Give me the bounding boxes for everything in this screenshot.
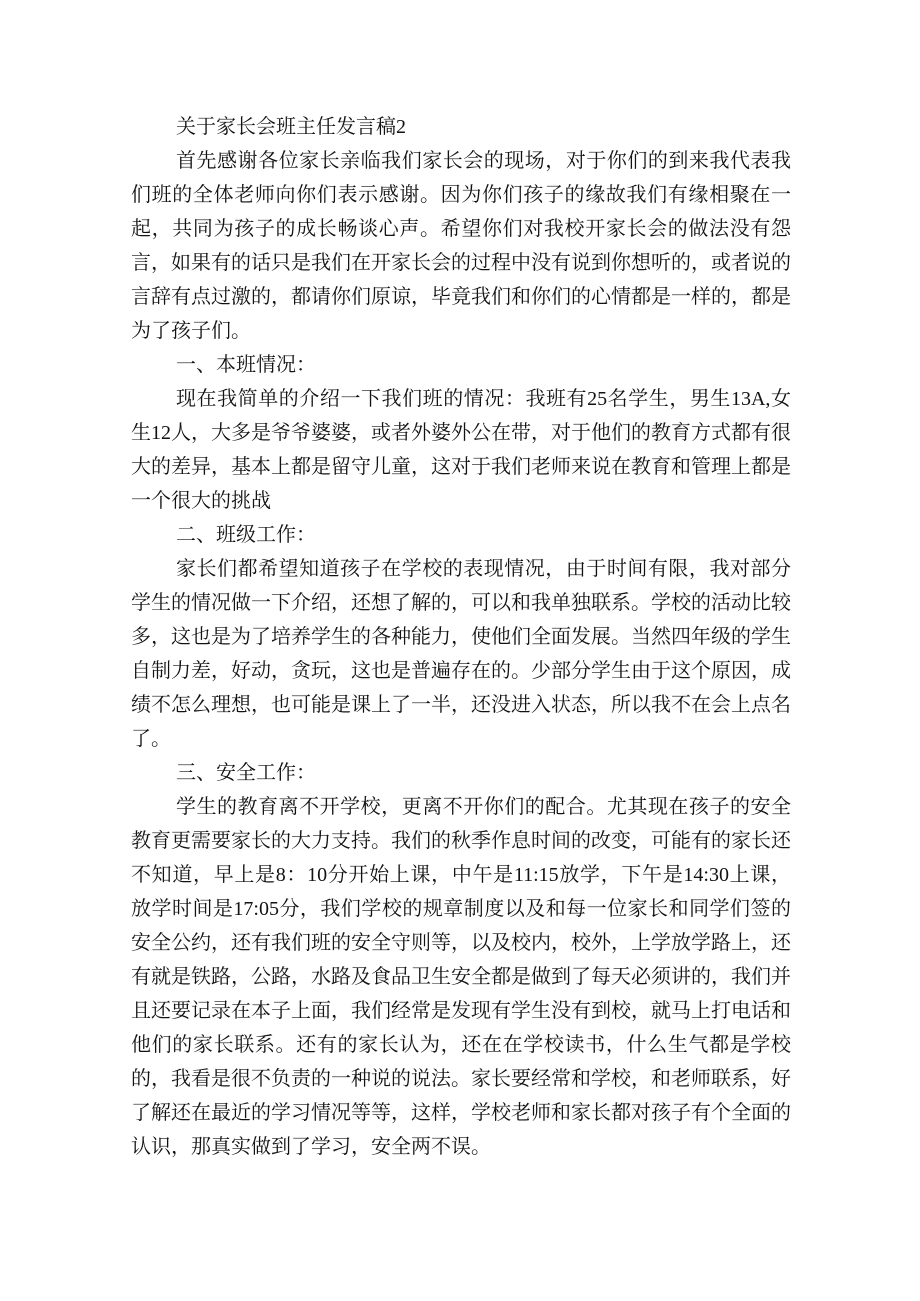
paragraph: 一、本班情况： — [131, 348, 791, 382]
paragraph: 学生的教育离不开学校，更离不开你们的配合。尤其现在孩子的安全教育更需要家长的大力… — [131, 790, 791, 1164]
document-title: 关于家长会班主任发言稿2 — [131, 110, 791, 144]
paragraph: 家长们都希望知道孩子在学校的表现情况，由于时间有限，我对部分学生的情况做一下介绍… — [131, 552, 791, 756]
document-content: 关于家长会班主任发言稿2 首先感谢各位家长亲临我们家长会的现场，对于你们的到来我… — [131, 110, 791, 1164]
paragraph: 二、班级工作： — [131, 518, 791, 552]
paragraph: 三、安全工作： — [131, 756, 791, 790]
paragraph: 现在我简单的介绍一下我们班的情况：我班有25名学生，男生13A,女生12人，大多… — [131, 382, 791, 518]
paragraph: 首先感谢各位家长亲临我们家长会的现场，对于你们的到来我代表我们班的全体老师向你们… — [131, 144, 791, 348]
document-page: 关于家长会班主任发言稿2 首先感谢各位家长亲临我们家长会的现场，对于你们的到来我… — [0, 0, 920, 1301]
document-body: 首先感谢各位家长亲临我们家长会的现场，对于你们的到来我代表我们班的全体老师向你们… — [131, 144, 791, 1164]
